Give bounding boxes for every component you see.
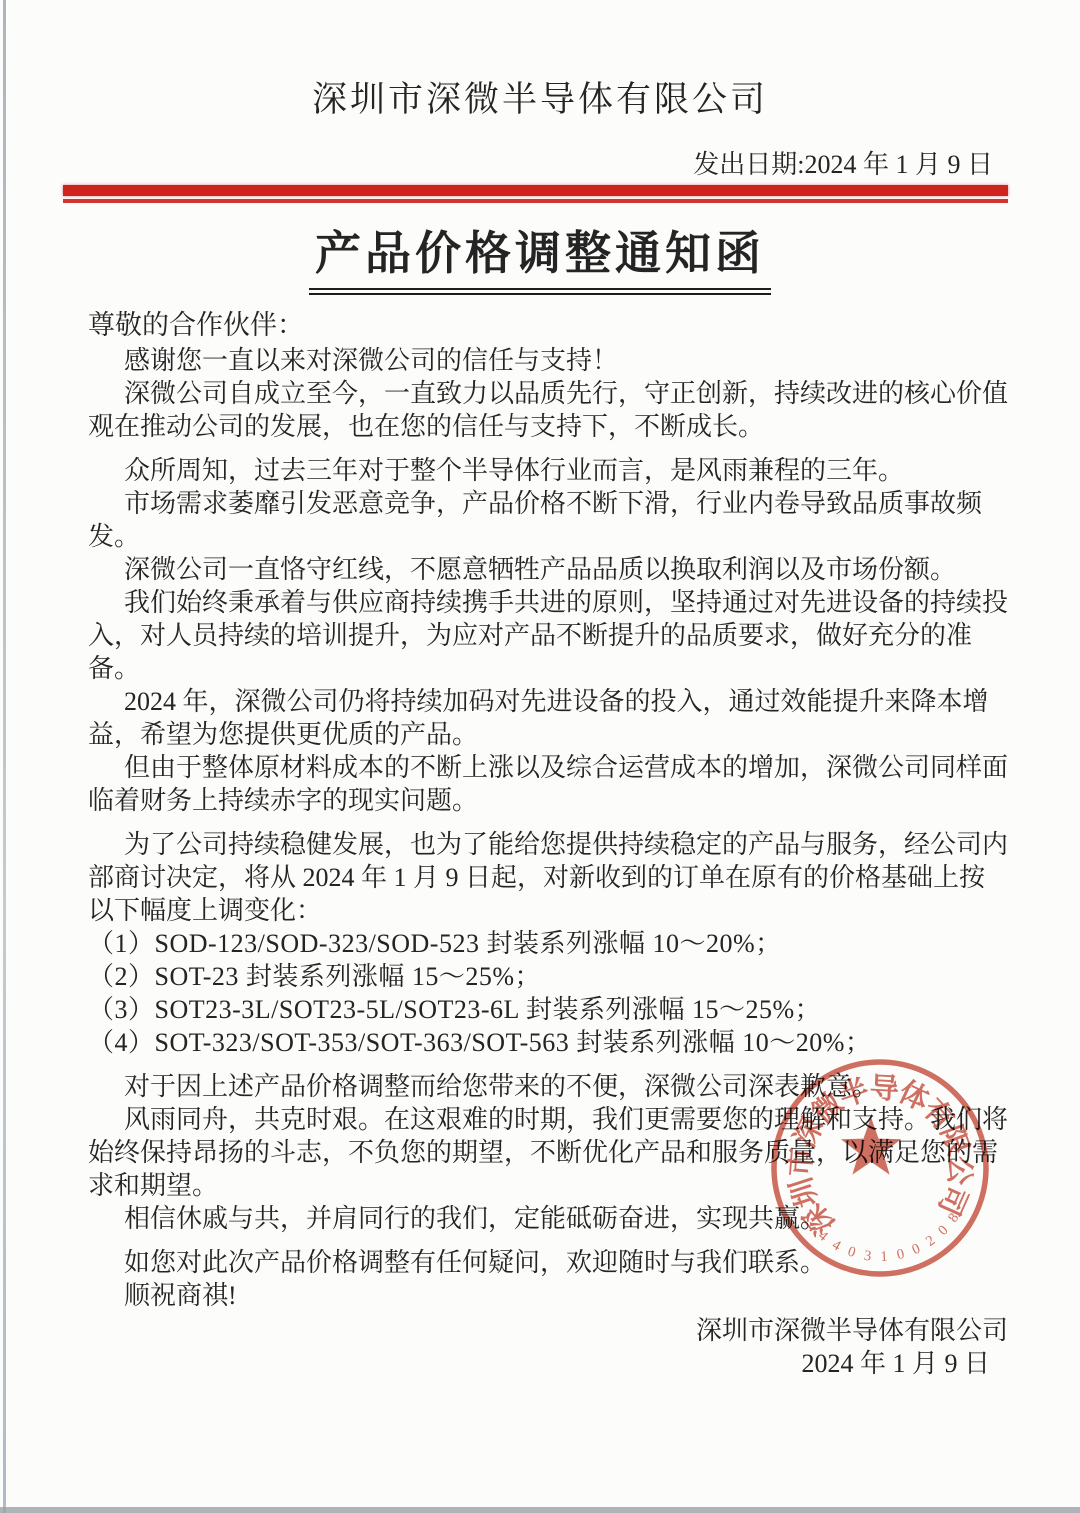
svg-text:2: 2 (923, 1233, 938, 1250)
svg-text:3: 3 (863, 1248, 872, 1265)
issue-date: 发出日期:2024 年 1 月 9 日 (0, 144, 1080, 181)
red-rule-thin-bar (63, 199, 1008, 203)
svg-text:0: 0 (846, 1244, 858, 1261)
body-paragraph: 感谢您一直以来对深微公司的信任与支持！ (88, 344, 1008, 377)
body-paragraph: 为了公司持续稳健发展，也为了能给您提供持续稳定的产品与服务，经公司内部商讨决定，… (88, 828, 1008, 927)
price-list-item: （3）SOT23-3L/SOT23-5L/SOT23-6L 封装系列涨幅 15～… (88, 993, 1008, 1026)
price-list-item: （1）SOD-123/SOD-323/SOD-523 封装系列涨幅 10～20%… (88, 927, 1008, 960)
red-rule-thick-bar (63, 185, 1008, 196)
page-title: 产品价格调整通知函 (0, 217, 1080, 295)
body-paragraph: 众所周知，过去三年对于整个半导体行业而言，是风雨兼程的三年。 (88, 454, 1008, 487)
svg-text:0: 0 (935, 1222, 951, 1238)
svg-text:0: 0 (910, 1241, 923, 1259)
price-list-item: （2）SOT-23 封装系列涨幅 15～25%； (88, 960, 1008, 993)
price-list: （1）SOD-123/SOD-323/SOD-523 封装系列涨幅 10～20%… (88, 927, 1008, 1059)
seal-star-icon (841, 1117, 901, 1174)
page-title-text: 产品价格调整通知函 (309, 217, 771, 295)
body-paragraph: 我们始终秉承着与供应商持续携手共进的原则，坚持通过对先进设备的持续投入，对人员持… (88, 586, 1008, 685)
body-paragraph: 深微公司自成立至今，一直致力以品质先行，守正创新，持续改进的核心价值观在推动公司… (88, 377, 1008, 443)
intro-paragraphs: 感谢您一直以来对深微公司的信任与支持！深微公司自成立至今，一直致力以品质先行，守… (88, 344, 1008, 927)
red-divider-rule (63, 185, 1008, 203)
body-paragraph: 市场需求萎靡引发恶意竞争，产品价格不断下滑，行业内卷导致品质事故频发。 (88, 487, 1008, 553)
svg-text:4: 4 (829, 1237, 844, 1255)
signature-company: 深圳市深微半导体有限公司 (88, 1314, 1008, 1347)
document-page: 深圳市深微半导体有限公司 发出日期:2024 年 1 月 9 日 产品价格调整通… (0, 0, 1080, 1513)
body-paragraph: 2024 年，深微公司仍将持续加码对先进设备的投入，通过效能提升来降本增益，希望… (88, 685, 1008, 751)
svg-text:公: 公 (942, 1156, 975, 1186)
signature-date: 2024 年 1 月 9 日 (88, 1347, 1008, 1380)
scan-edge-bottom (0, 1507, 1080, 1513)
company-header: 深圳市深微半导体有限公司 (0, 0, 1080, 122)
svg-text:0: 0 (895, 1246, 906, 1263)
signature-block: 深圳市深微半导体有限公司 2024 年 1 月 9 日 (88, 1314, 1008, 1380)
salutation: 尊敬的合作伙伴： (88, 309, 1008, 342)
body-paragraph: 深微公司一直恪守红线，不愿意牺牲产品品质以换取利润以及市场份额。 (88, 553, 1008, 586)
svg-text:1: 1 (880, 1249, 888, 1265)
body-paragraph: 但由于整体原材料成本的不断上涨以及综合运营成本的增加，深微公司同样面临着财务上持… (88, 751, 1008, 817)
company-seal: 深圳市深微半导体有限公司4403100208 (764, 1052, 996, 1284)
scan-edge-left (3, 0, 6, 1513)
